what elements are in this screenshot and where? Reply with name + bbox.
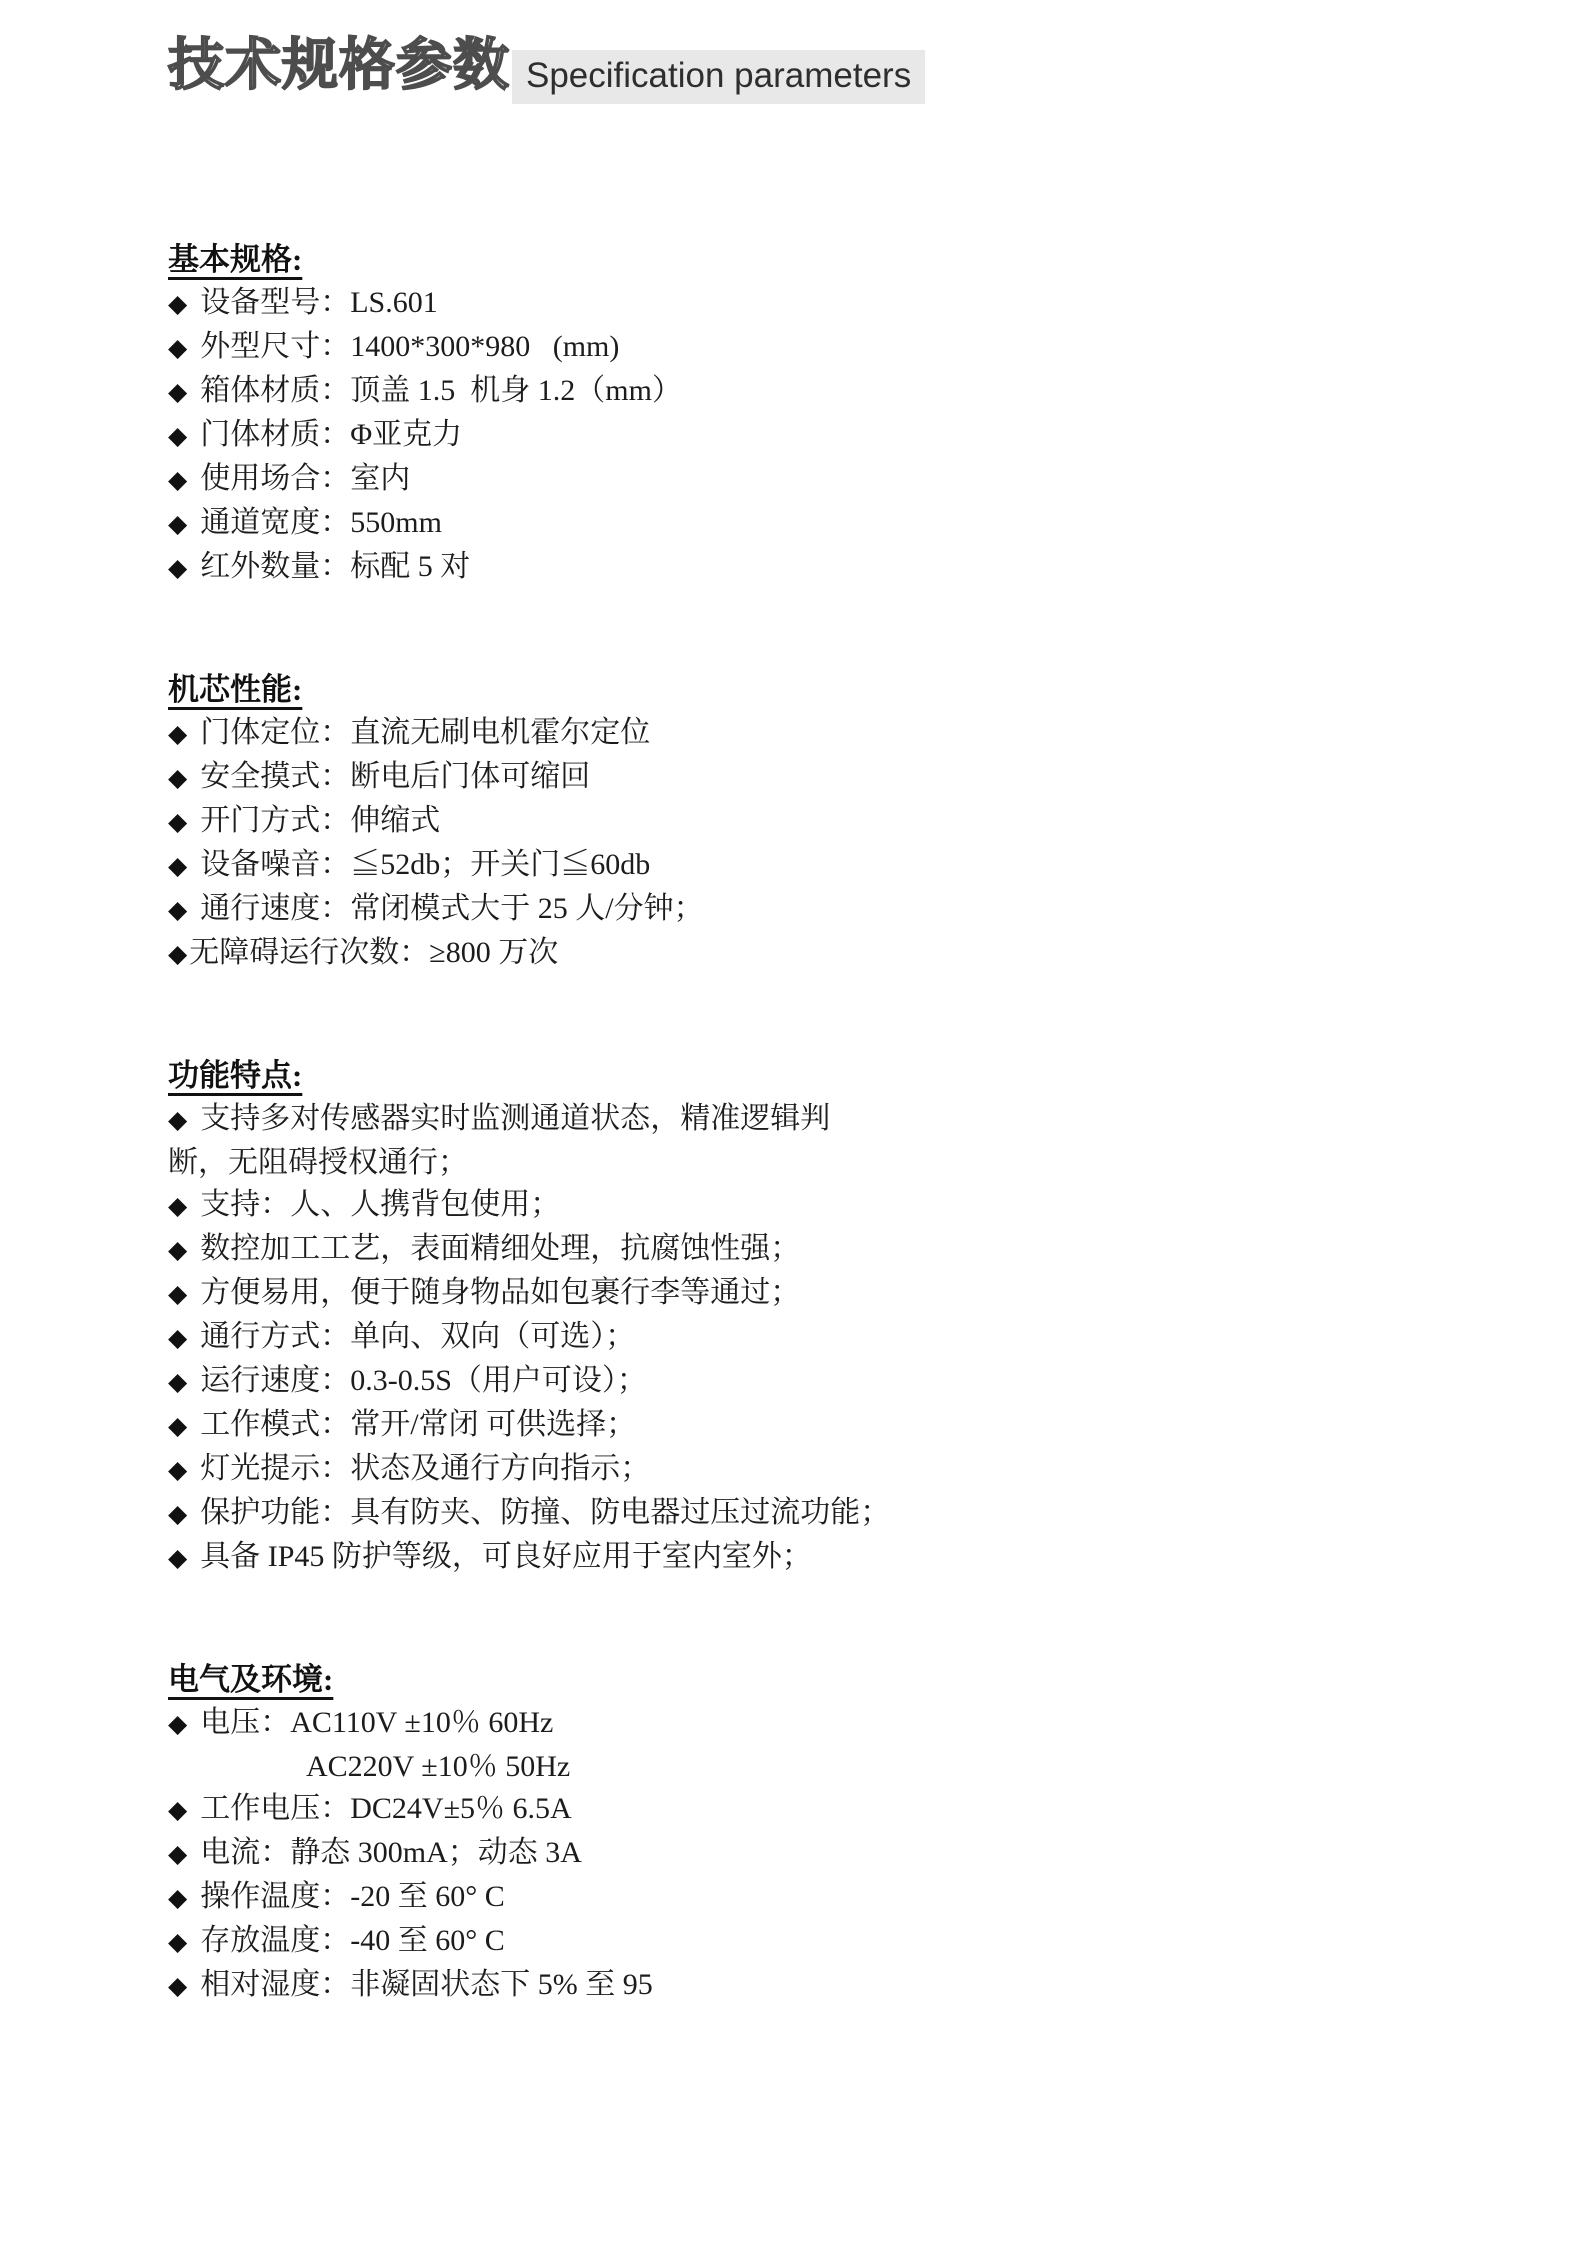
spec-item: ◆操作温度：-20 至 60° C xyxy=(168,1876,1388,1920)
diamond-bullet-icon: ◆ xyxy=(168,548,187,590)
diamond-bullet-icon: ◆ xyxy=(168,1494,187,1536)
spec-item: ◆通道宽度：550mm xyxy=(168,502,1388,546)
diamond-bullet-icon: ◆ xyxy=(168,1362,187,1404)
spec-item-text: 数控加工工艺，表面精细处理，抗腐蚀性强； xyxy=(200,1228,800,1270)
spec-item: ◆存放温度：-40 至 60° C xyxy=(168,1920,1388,1964)
diamond-bullet-icon: ◆ xyxy=(168,1966,187,2008)
spec-item: ◆相对湿度：非凝固状态下 5% 至 95 xyxy=(168,1964,1388,2008)
spec-item-text: 使用场合：室内 xyxy=(200,458,410,500)
diamond-bullet-icon: ◆ xyxy=(168,1538,187,1580)
diamond-bullet-icon: ◆ xyxy=(168,758,187,800)
spec-item-text: 红外数量：标配 5 对 xyxy=(200,546,470,588)
spec-item-text: 运行速度：0.3-0.5S（用户可设）； xyxy=(200,1360,647,1402)
spec-item-text: 无障碍运行次数：≥800 万次 xyxy=(189,932,558,974)
diamond-bullet-icon: ◆ xyxy=(168,1100,187,1142)
section-heading: 基本规格: xyxy=(168,238,1388,282)
spec-item: ◆电流：静态 300mA；动态 3A xyxy=(168,1832,1388,1876)
spec-item: ◆开门方式：伸缩式 xyxy=(168,800,1388,844)
spec-item-text: 安全摸式：断电后门体可缩回 xyxy=(200,756,590,798)
spec-item-text: 灯光提示：状态及通行方向指示； xyxy=(200,1448,650,1490)
spec-item: ◆电压：AC110V ±10％ 60Hz xyxy=(168,1702,1388,1746)
spec-item: ◆工作电压：DC24V±5％ 6.5A xyxy=(168,1788,1388,1832)
spec-item-text: 通行速度：常闭模式大于 25 人/分钟； xyxy=(200,888,703,930)
diamond-bullet-icon: ◆ xyxy=(168,802,187,844)
diamond-bullet-icon: ◆ xyxy=(168,1230,187,1272)
diamond-bullet-icon: ◆ xyxy=(168,1318,187,1360)
spec-section: 电气及环境:◆电压：AC110V ±10％ 60HzAC220V ±10％ 50… xyxy=(168,1658,1388,2008)
spec-item: AC220V ±10％ 50Hz xyxy=(168,1746,1388,1788)
spec-item: ◆无障碍运行次数：≥800 万次 xyxy=(168,932,1388,976)
spec-item: ◆门体定位：直流无刷电机霍尔定位 xyxy=(168,712,1388,756)
diamond-bullet-icon: ◆ xyxy=(168,1878,187,1920)
spec-item: ◆门体材质：Φ亚克力 xyxy=(168,414,1388,458)
spec-item-text: 存放温度：-40 至 60° C xyxy=(200,1920,505,1962)
diamond-bullet-icon: ◆ xyxy=(168,1406,187,1448)
diamond-bullet-icon: ◆ xyxy=(168,504,187,546)
spec-item-text: 电压：AC110V ±10％ 60Hz xyxy=(200,1702,553,1744)
diamond-bullet-icon: ◆ xyxy=(168,714,187,756)
spec-document-page: 技术规格参数 Specification parameters 基本规格:◆设备… xyxy=(0,0,1587,2245)
spec-item: ◆方便易用，便于随身物品如包裹行李等通过； xyxy=(168,1272,1388,1316)
spec-item-text: 操作温度：-20 至 60° C xyxy=(200,1876,505,1918)
document-title: 技术规格参数 Specification parameters xyxy=(168,28,925,104)
spec-item: ◆设备噪音：≦52db；开关门≦60db xyxy=(168,844,1388,888)
diamond-bullet-icon: ◆ xyxy=(168,460,187,502)
spec-item: ◆保护功能：具有防夹、防撞、防电器过压过流功能； xyxy=(168,1492,1388,1536)
spec-item: ◆运行速度：0.3-0.5S（用户可设）； xyxy=(168,1360,1388,1404)
spec-item-text: 门体材质：Φ亚克力 xyxy=(200,414,462,456)
diamond-bullet-icon: ◆ xyxy=(168,416,187,458)
spec-item: ◆具备 IP45 防护等级，可良好应用于室内室外； xyxy=(168,1536,1388,1580)
title-chinese: 技术规格参数 xyxy=(168,28,510,104)
spec-item: ◆外型尺寸：1400*300*980 (mm) xyxy=(168,326,1388,370)
spec-item-text: 支持多对传感器实时监测通道状态，精准逻辑判 xyxy=(200,1098,830,1140)
diamond-bullet-icon: ◆ xyxy=(168,846,187,888)
spec-item: ◆安全摸式：断电后门体可缩回 xyxy=(168,756,1388,800)
diamond-bullet-icon: ◆ xyxy=(168,890,187,932)
diamond-bullet-icon: ◆ xyxy=(168,1834,187,1876)
spec-item: ◆通行速度：常闭模式大于 25 人/分钟； xyxy=(168,888,1388,932)
spec-item-text: 通行方式：单向、双向（可选）； xyxy=(200,1316,635,1358)
diamond-bullet-icon: ◆ xyxy=(168,1274,187,1316)
spec-item: ◆使用场合：室内 xyxy=(168,458,1388,502)
spec-item-text: AC220V ±10％ 50Hz xyxy=(306,1746,570,1788)
diamond-bullet-icon: ◆ xyxy=(168,372,187,414)
spec-item-text: 相对湿度：非凝固状态下 5% 至 95 xyxy=(200,1964,653,2006)
spec-item: ◆箱体材质：顶盖 1.5 机身 1.2（mm） xyxy=(168,370,1388,414)
diamond-bullet-icon: ◆ xyxy=(168,328,187,370)
spec-item-text: 断，无阻碍授权通行； xyxy=(168,1142,468,1184)
spec-item-text: 门体定位：直流无刷电机霍尔定位 xyxy=(200,712,650,754)
spec-item-text: 方便易用，便于随身物品如包裹行李等通过； xyxy=(200,1272,800,1314)
section-heading: 机芯性能: xyxy=(168,668,1388,712)
spec-item: ◆支持：人、人携背包使用； xyxy=(168,1184,1388,1228)
spec-item-text: 箱体材质：顶盖 1.5 机身 1.2（mm） xyxy=(200,370,682,412)
spec-item: ◆支持多对传感器实时监测通道状态，精准逻辑判 xyxy=(168,1098,1388,1142)
spec-item: 断，无阻碍授权通行； xyxy=(168,1142,1388,1184)
spec-item: ◆设备型号：LS.601 xyxy=(168,282,1388,326)
spec-item-text: 通道宽度：550mm xyxy=(200,502,442,544)
diamond-bullet-icon: ◆ xyxy=(168,1186,187,1228)
spec-item-text: 设备噪音：≦52db；开关门≦60db xyxy=(200,844,650,886)
spec-item-text: 保护功能：具有防夹、防撞、防电器过压过流功能； xyxy=(200,1492,890,1534)
spec-item-text: 具备 IP45 防护等级，可良好应用于室内室外； xyxy=(200,1536,812,1578)
diamond-bullet-icon: ◆ xyxy=(168,1790,187,1832)
diamond-bullet-icon: ◆ xyxy=(168,1704,187,1746)
spec-item: ◆灯光提示：状态及通行方向指示； xyxy=(168,1448,1388,1492)
spec-item-text: 电流：静态 300mA；动态 3A xyxy=(200,1832,582,1874)
spec-item-text: 支持：人、人携背包使用； xyxy=(200,1184,560,1226)
spec-item-text: 工作模式：常开/常闭 可供选择； xyxy=(200,1404,636,1446)
spec-item: ◆红外数量：标配 5 对 xyxy=(168,546,1388,590)
title-english: Specification parameters xyxy=(512,50,925,104)
spec-item: ◆数控加工工艺，表面精细处理，抗腐蚀性强； xyxy=(168,1228,1388,1272)
spec-sections: 基本规格:◆设备型号：LS.601◆外型尺寸：1400*300*980 (mm)… xyxy=(168,238,1388,2008)
spec-section: 基本规格:◆设备型号：LS.601◆外型尺寸：1400*300*980 (mm)… xyxy=(168,238,1388,590)
diamond-bullet-icon: ◆ xyxy=(168,1922,187,1964)
spec-item: ◆通行方式：单向、双向（可选）； xyxy=(168,1316,1388,1360)
spec-section: 功能特点:◆支持多对传感器实时监测通道状态，精准逻辑判断，无阻碍授权通行；◆支持… xyxy=(168,1054,1388,1580)
spec-item-text: 外型尺寸：1400*300*980 (mm) xyxy=(200,326,619,368)
spec-item-text: 设备型号：LS.601 xyxy=(200,282,438,324)
diamond-bullet-icon: ◆ xyxy=(168,1450,187,1492)
spec-item-text: 开门方式：伸缩式 xyxy=(200,800,440,842)
section-heading: 功能特点: xyxy=(168,1054,1388,1098)
section-heading: 电气及环境: xyxy=(168,1658,1388,1702)
spec-item-text: 工作电压：DC24V±5％ 6.5A xyxy=(200,1788,571,1830)
spec-item: ◆工作模式：常开/常闭 可供选择； xyxy=(168,1404,1388,1448)
spec-section: 机芯性能:◆门体定位：直流无刷电机霍尔定位◆安全摸式：断电后门体可缩回◆开门方式… xyxy=(168,668,1388,976)
diamond-bullet-icon: ◆ xyxy=(168,284,187,326)
diamond-bullet-icon: ◆ xyxy=(168,934,187,976)
